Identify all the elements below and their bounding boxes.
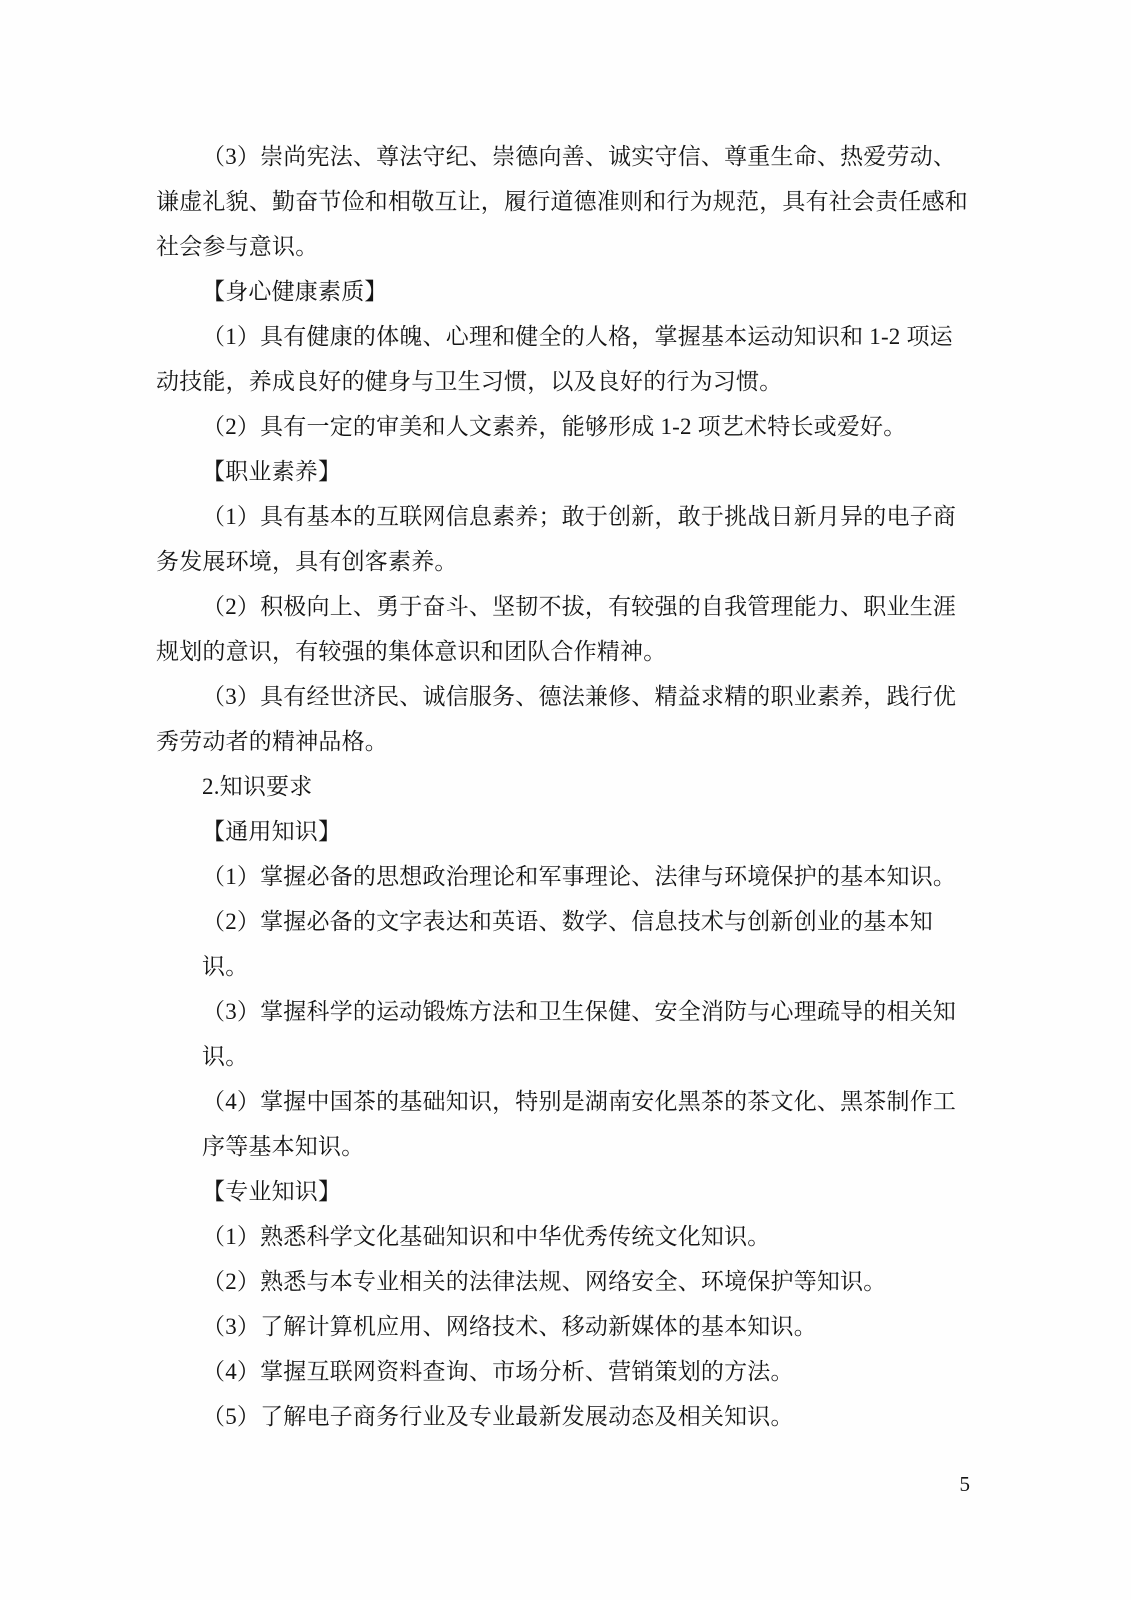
- text-line: （3）掌握科学的运动锻炼方法和卫生保健、安全消防与心理疏导的相关知: [156, 989, 971, 1034]
- text-line: （1）熟悉科学文化基础知识和中华优秀传统文化知识。: [156, 1214, 971, 1259]
- text-line: 动技能，养成良好的健身与卫生习惯，以及良好的行为习惯。: [156, 359, 971, 404]
- text-line: 识。: [156, 1034, 971, 1079]
- text-line: （2）掌握必备的文字表达和英语、数学、信息技术与创新创业的基本知: [156, 899, 971, 944]
- section-heading: 【专业知识】: [156, 1169, 971, 1214]
- text-line: （1）具有基本的互联网信息素养；敢于创新，敢于挑战日新月异的电子商: [156, 494, 971, 539]
- text-line: （1）具有健康的体魄、心理和健全的人格，掌握基本运动知识和 1-2 项运: [156, 314, 971, 359]
- text-line: 序等基本知识。: [156, 1124, 971, 1169]
- section-heading: 【身心健康素质】: [156, 269, 971, 314]
- text-line: （4）掌握互联网资料查询、市场分析、营销策划的方法。: [156, 1349, 971, 1394]
- text-line: （2）积极向上、勇于奋斗、坚韧不拔，有较强的自我管理能力、职业生涯: [156, 584, 971, 629]
- text-line: （2）具有一定的审美和人文素养，能够形成 1-2 项艺术特长或爱好。: [156, 404, 971, 449]
- text-line: （3）崇尚宪法、尊法守纪、崇德向善、诚实守信、尊重生命、热爱劳动、: [156, 134, 971, 179]
- text-line: 谦虚礼貌、勤奋节俭和相敬互让，履行道德准则和行为规范，具有社会责任感和: [156, 179, 971, 224]
- text-line: 规划的意识，有较强的集体意识和团队合作精神。: [156, 629, 971, 674]
- text-line: 秀劳动者的精神品格。: [156, 719, 971, 764]
- document-page: （3）崇尚宪法、尊法守纪、崇德向善、诚实守信、尊重生命、热爱劳动、 谦虚礼貌、勤…: [0, 0, 1131, 1600]
- text-line: 社会参与意识。: [156, 224, 971, 269]
- text-line: （1）掌握必备的思想政治理论和军事理论、法律与环境保护的基本知识。: [156, 854, 971, 899]
- numbered-heading: 2.知识要求: [156, 764, 971, 809]
- page-number: 5: [800, 1472, 970, 1497]
- text-line: （2）熟悉与本专业相关的法律法规、网络安全、环境保护等知识。: [156, 1259, 971, 1304]
- text-line: （3）具有经世济民、诚信服务、德法兼修、精益求精的职业素养，践行优: [156, 674, 971, 719]
- text-line: （4）掌握中国茶的基础知识，特别是湖南安化黑茶的茶文化、黑茶制作工: [156, 1079, 971, 1124]
- text-line: （5）了解电子商务行业及专业最新发展动态及相关知识。: [156, 1394, 971, 1439]
- section-heading: 【职业素养】: [156, 449, 971, 494]
- text-line: 识。: [156, 944, 971, 989]
- section-heading: 【通用知识】: [156, 809, 971, 854]
- document-content: （3）崇尚宪法、尊法守纪、崇德向善、诚实守信、尊重生命、热爱劳动、 谦虚礼貌、勤…: [156, 134, 971, 1439]
- text-line: （3）了解计算机应用、网络技术、移动新媒体的基本知识。: [156, 1304, 971, 1349]
- text-line: 务发展环境，具有创客素养。: [156, 539, 971, 584]
